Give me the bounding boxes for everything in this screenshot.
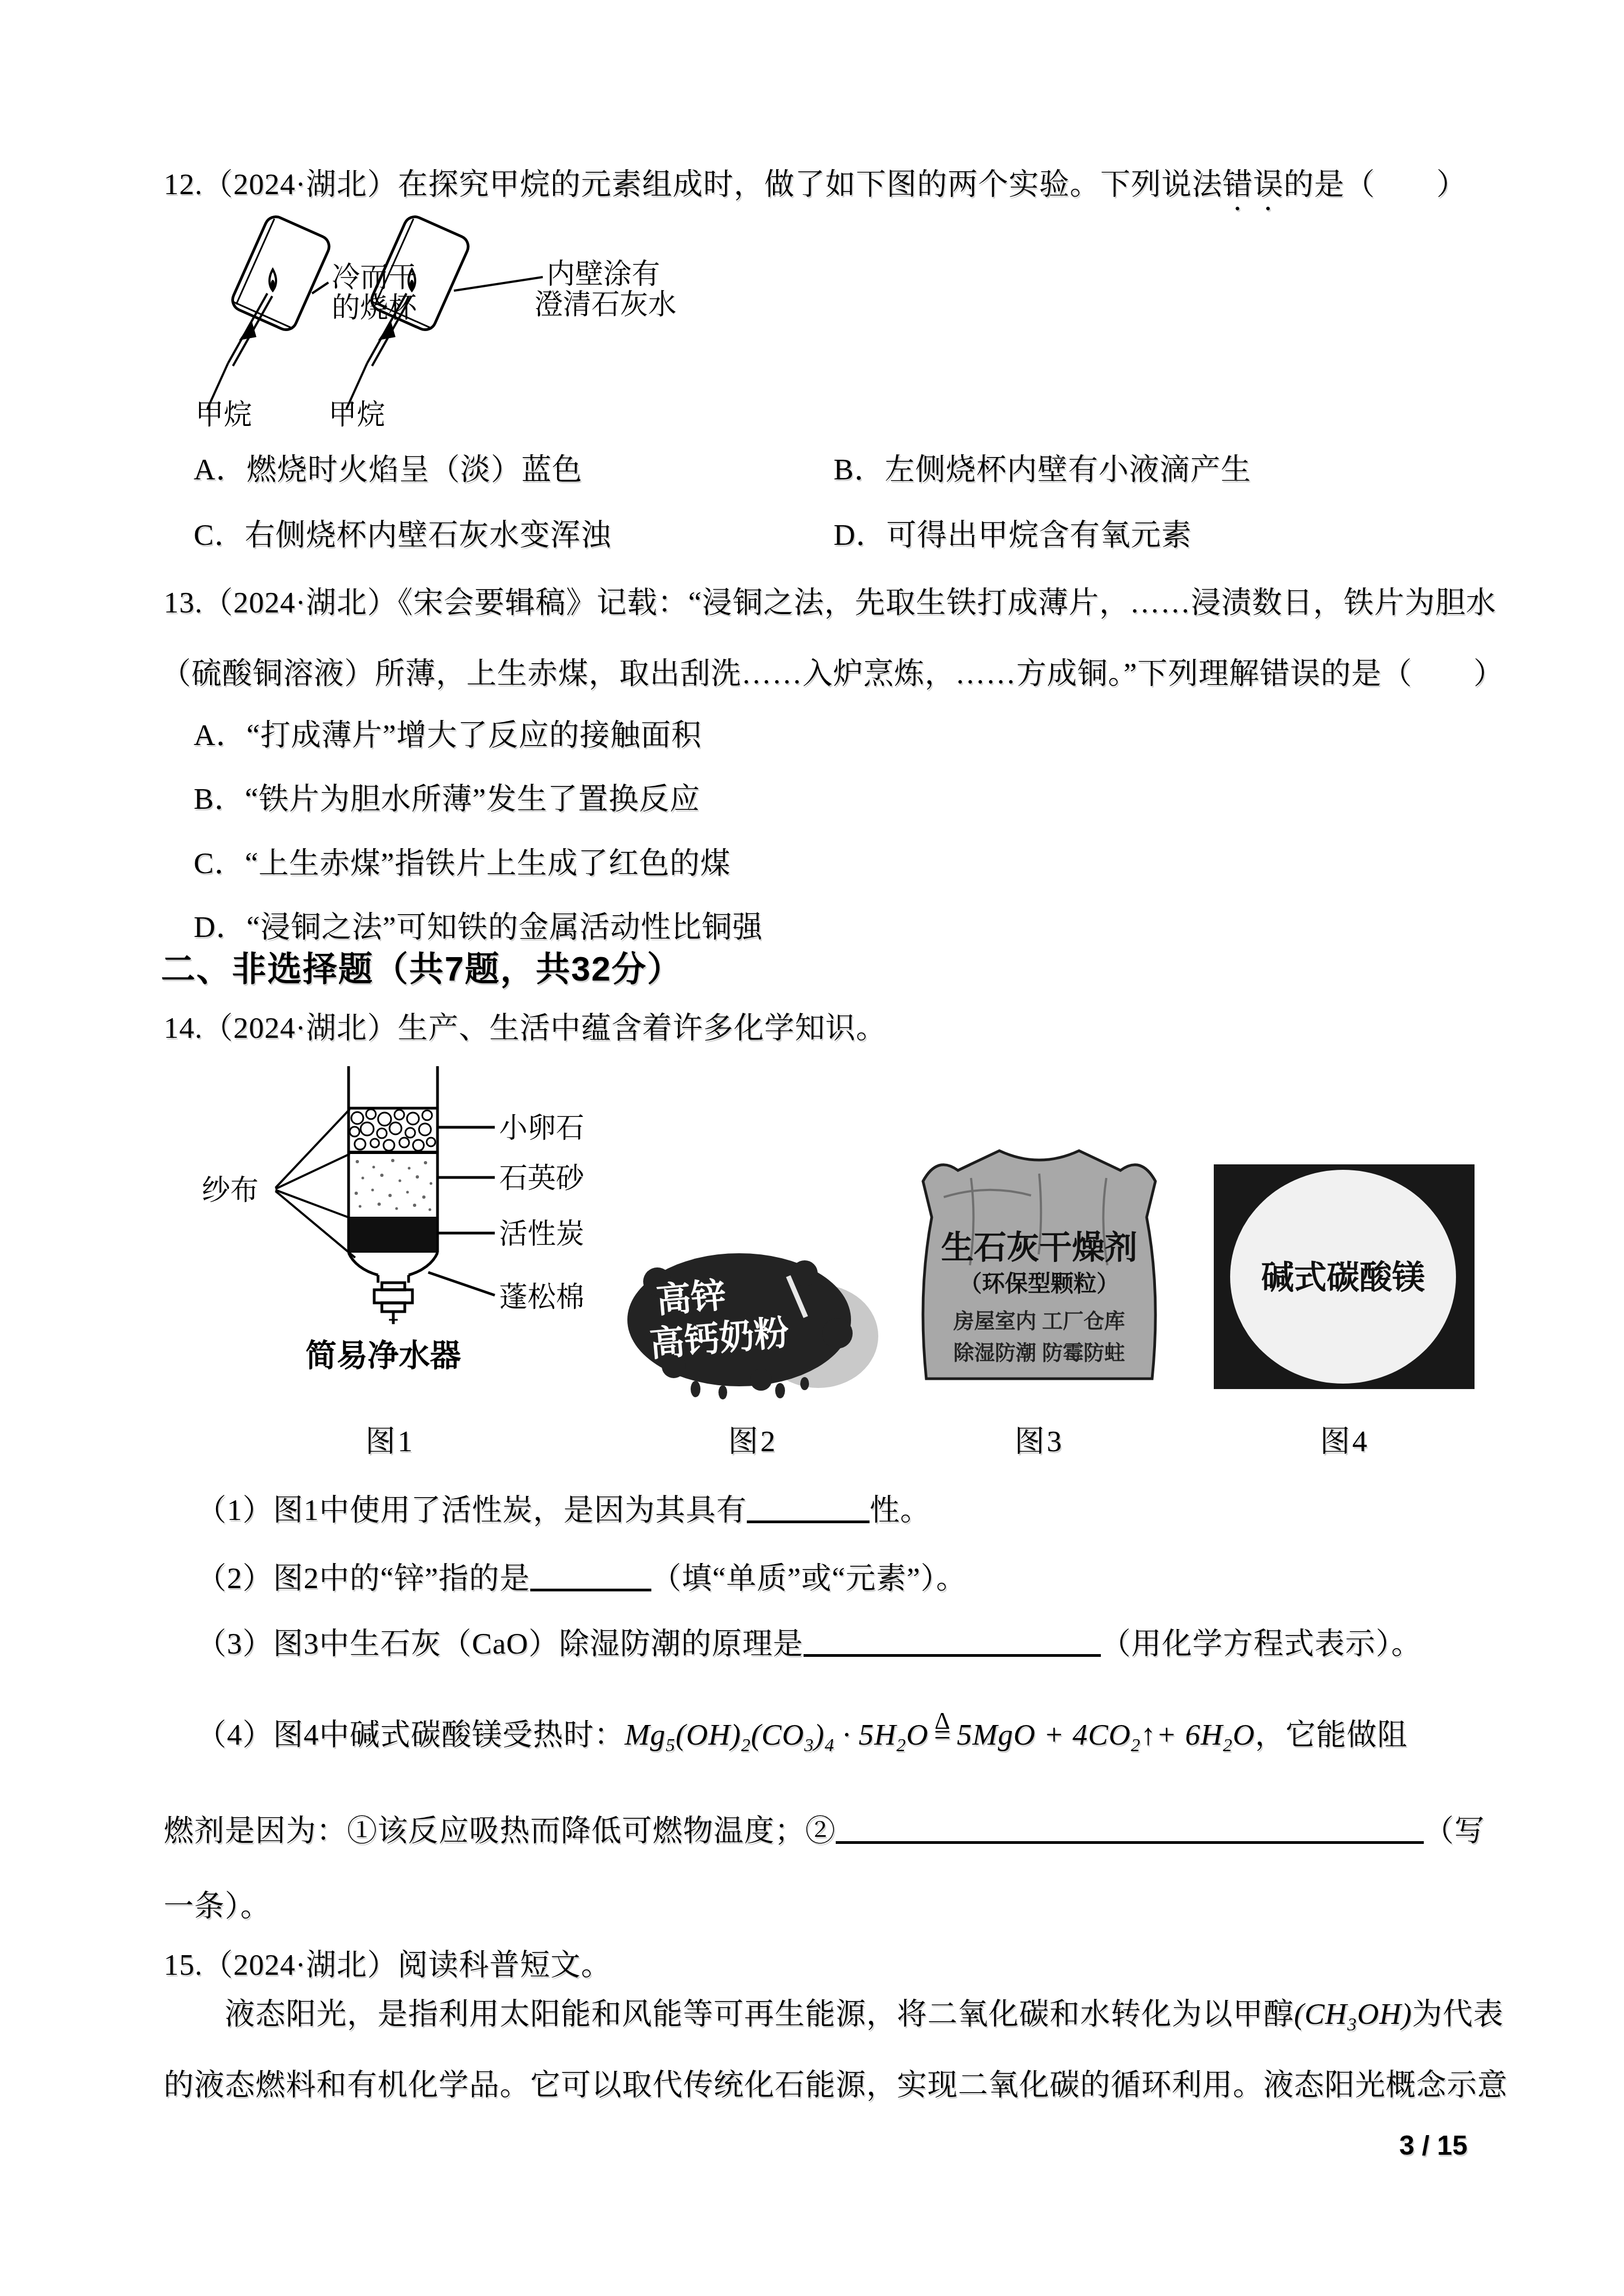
q14-sub4-line2: 燃剂是因为：①该反应吸热而降低可燃物温度；②（写 (164, 1810, 1485, 1849)
equation-left: Mg5(OH)2(CO3)4 · 5H2O (625, 1718, 928, 1751)
fig1-caption: 图1 (194, 1417, 586, 1460)
right-beaker-label-2: 澄清石灰水 (535, 289, 676, 321)
fig3-caption: 图3 (906, 1417, 1173, 1460)
q15-stem: 15.（2024·湖北）阅读科普短文。 (164, 1947, 612, 1983)
q14-sub4-tail: ，它能做阻 (1255, 1718, 1407, 1751)
fig4-label: 碱式碳酸镁 (1261, 1259, 1425, 1296)
left-beaker-label-1: 冷而干 (332, 262, 417, 293)
right-leader-line (454, 277, 543, 291)
right-beaker-label-1: 内壁涂有 (547, 259, 660, 290)
sand-layer (355, 1159, 433, 1211)
q12-option-d: D．可得出甲烷含有氧元素 (834, 517, 1192, 553)
q14-sub3-blank (804, 1622, 1101, 1657)
q13-stem-line2: （硫酸铜溶液）所薄，上生赤煤，取出刮洗……入炉烹炼，……方成铜。”下列理解错误的… (161, 656, 1504, 692)
left-arrow-icon (239, 322, 256, 340)
fig2-text-line1: 高锌 (655, 1275, 728, 1320)
q14-sub4-text: （4）图4中碱式碳酸镁受热时： (196, 1718, 625, 1751)
q14-sub4-line3: 一条）。 (164, 1888, 271, 1924)
delta-symbol: Δ (934, 1707, 950, 1736)
q14-sub3: （3）图3中生石灰（CaO）除湿防潮的原理是（用化学方程式表示）。 (196, 1622, 1422, 1662)
left-beaker-icon (229, 213, 332, 333)
layer-label-carbon: 活性炭 (499, 1218, 584, 1250)
q14-sub4-line1: （4）图4中碱式碳酸镁受热时：Mg5(OH)2(CO3)4 · 5H2OΔ=5M… (196, 1717, 1407, 1757)
methanol-formula: (CH3OH) (1294, 1997, 1412, 2030)
q13-option-d: D．“浸铜之法”可知铁的金属活动性比铜强 (194, 909, 763, 945)
q14-fig2-milk-powder: 高锌 高钙奶粉 (625, 1252, 881, 1399)
q14-fig3-desiccant-bag: 生石灰干燥剂 （环保型颗粒） 房屋室内 工厂仓库 除湿防潮 防霉防蛀 (906, 1145, 1173, 1393)
right-flame-core (410, 280, 414, 290)
q14-sub3-text: （3）图3中生石灰（CaO）除湿防潮的原理是 (196, 1627, 804, 1660)
reaction-condition: Δ= (928, 1717, 957, 1753)
q12-option-c: C．右侧烧杯内壁石灰水变浑浊 (194, 517, 612, 553)
q14-sub1: （1）图1中使用了活性炭，是因为其具有性。 (196, 1489, 931, 1528)
bottle-neck (349, 1253, 438, 1324)
fig2-caption: 图2 (625, 1417, 881, 1460)
q14-fig1-water-purifier: 纱布 小卵石 石英砂 活性炭 蓬松棉 简易净水器 (194, 1063, 586, 1380)
q12-stem-post: 的是（ ） (1284, 167, 1467, 201)
fig3-text-line2: （环保型颗粒） (959, 1271, 1119, 1296)
q14-stem: 14.（2024·湖北）生产、生活中蕴含着许多化学知识。 (164, 1010, 886, 1046)
right-gas-label: 甲烷 (328, 399, 385, 431)
page-number: 3 / 15 (1309, 2130, 1467, 2161)
q14-sub1-text: （1）图1中使用了活性炭，是因为其具有 (196, 1493, 747, 1526)
q14-sub2-tail: （填“单质”或“元素”）。 (651, 1561, 967, 1595)
q14-sub3-tail: （用化学方程式表示）。 (1101, 1627, 1422, 1660)
q12-stem: 12.（2024·湖北）在探究甲烷的元素组成时，做了如下图的两个实验。下列说法错… (164, 166, 1467, 218)
section-2-header: 二、非选择题（共7题，共32分） (161, 949, 682, 990)
q13-option-a: A．“打成薄片”增大了反应的接触面积 (194, 717, 702, 753)
q12-experiment-figure: 甲烷 冷而干 的烧杯 甲烷 内壁涂有 澄清石灰水 (185, 217, 704, 446)
fig3-text-line3: 房屋室内 工厂仓库 (953, 1310, 1125, 1333)
layer-label-sand: 石英砂 (499, 1163, 585, 1194)
q15-para-line1: 液态阳光，是指利用太阳能和风能等可再生能源，将二氧化碳和水转化为以甲醇(CH3O… (225, 1996, 1504, 2036)
fig3-text-line1: 生石灰干燥剂 (941, 1229, 1137, 1266)
q15-para-line1-text: 液态阳光，是指利用太阳能和风能等可再生能源，将二氧化碳和水转化为以甲醇 (225, 1997, 1294, 2030)
q13-option-b: B．“铁片为胆水所薄”发生了置换反应 (194, 781, 700, 817)
q14-sub1-tail: 性。 (870, 1493, 931, 1526)
q14-sub4-blank (836, 1810, 1424, 1844)
left-flame-core (271, 280, 275, 290)
exam-page: 12.（2024·湖北）在探究甲烷的元素组成时，做了如下图的两个实验。下列说法错… (0, 0, 1624, 2296)
q15-para-line1-tail: 为代表 (1412, 1997, 1504, 2030)
q14-sub2-text: （2）图2中的“锌”指的是 (196, 1561, 530, 1595)
layer-label-cotton: 蓬松棉 (499, 1282, 584, 1313)
right-arrow-icon (378, 322, 395, 340)
device-name-label: 简易净水器 (305, 1338, 461, 1373)
q14-fig4-magnesium-carbonate: 碱式碳酸镁 (1214, 1164, 1476, 1393)
q14-sub2: （2）图2中的“锌”指的是（填“单质”或“元素”）。 (196, 1557, 967, 1596)
q14-sub4-line2-text: 燃剂是因为：①该反应吸热而降低可燃物温度；② (164, 1814, 836, 1847)
q14-sub2-blank (530, 1557, 651, 1591)
q13-option-c: C．“上生赤煤”指铁片上生成了红色的煤 (194, 845, 731, 881)
fig3-text-line4: 除湿防潮 防霉防蛀 (954, 1342, 1125, 1365)
q13-stem-line1: 13.（2024·湖北）《宋会要辑稿》记载：“浸铜之法，先取生铁打成薄片，……浸… (164, 585, 1496, 621)
q12-option-b: B．左侧烧杯内壁有小液滴产生 (834, 452, 1251, 488)
fig4-caption: 图4 (1214, 1417, 1476, 1460)
carbon-layer (350, 1217, 436, 1253)
equation-right: 5MgO + 4CO2↑+ 6H2O (957, 1718, 1255, 1751)
q12-stem-pre: 12.（2024·湖北）在探究甲烷的元素组成时，做了如下图的两个实验。下列说法 (164, 167, 1223, 201)
q12-stem-emphasis: 错误 (1223, 167, 1284, 201)
gauze-leader-lines (275, 1109, 355, 1258)
left-gas-label: 甲烷 (195, 399, 252, 431)
q14-sub1-blank (747, 1489, 870, 1523)
pebble-layer (349, 1108, 438, 1152)
q14-sub4-line2-tail: （写 (1424, 1814, 1485, 1847)
q15-para-line2: 的液态燃料和有机化学品。它可以取代传统化石能源，实现二氧化碳的循环利用。液态阳光… (164, 2067, 1508, 2103)
layer-label-pebble: 小卵石 (499, 1113, 584, 1144)
gauze-label: 纱布 (202, 1175, 259, 1206)
q12-option-a: A．燃烧时火焰呈（淡）蓝色 (194, 452, 583, 488)
